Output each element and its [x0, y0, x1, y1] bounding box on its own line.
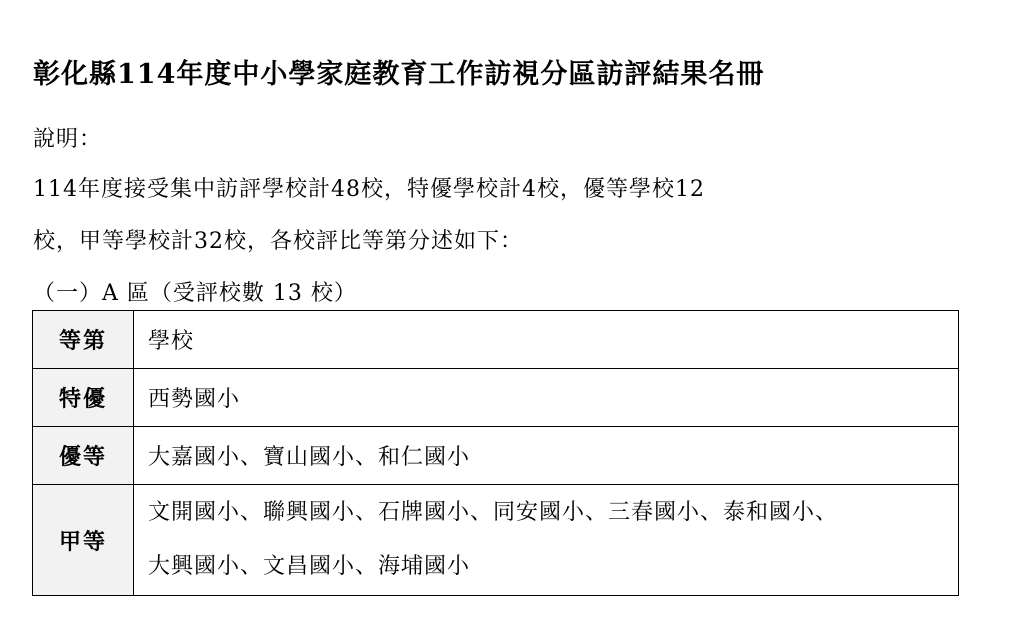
header-schools: 學校	[134, 311, 959, 369]
grade-cell: 特優	[33, 369, 134, 427]
paragraph-line-1: 114年度接受集中訪評學校計48校，特優學校計4校，優等學校12	[33, 172, 705, 203]
header-grade: 等第	[33, 311, 134, 369]
note-label: 說明：	[33, 122, 102, 153]
section-heading: （一）A 區（受評校數 13 校）	[33, 276, 357, 307]
grade-cell: 優等	[33, 427, 134, 485]
paragraph-line-2: 校，甲等學校計32校，各校評比等第分述如下：	[33, 224, 523, 255]
schools-line: 文開國小、聯興國小、石牌國小、同安國小、三春國小、泰和國小、	[148, 486, 957, 540]
table-row: 特優 西勢國小	[33, 369, 959, 427]
document-title: 彰化縣114年度中小學家庭教育工作訪視分區訪評結果名冊	[33, 52, 764, 91]
grade-cell: 甲等	[33, 485, 134, 596]
table-row: 優等 大嘉國小、寶山國小、和仁國小	[33, 427, 959, 485]
table-row: 甲等 文開國小、聯興國小、石牌國小、同安國小、三春國小、泰和國小、 大興國小、文…	[33, 485, 959, 596]
results-table: 等第 學校 特優 西勢國小 優等 大嘉國小、寶山國小、和仁國小 甲等 文開國小、…	[32, 310, 959, 596]
schools-cell: 文開國小、聯興國小、石牌國小、同安國小、三春國小、泰和國小、 大興國小、文昌國小…	[134, 485, 959, 596]
schools-line: 大興國小、文昌國小、海埔國小	[148, 540, 957, 594]
schools-cell: 大嘉國小、寶山國小、和仁國小	[134, 427, 959, 485]
schools-cell: 西勢國小	[134, 369, 959, 427]
table-header-row: 等第 學校	[33, 311, 959, 369]
